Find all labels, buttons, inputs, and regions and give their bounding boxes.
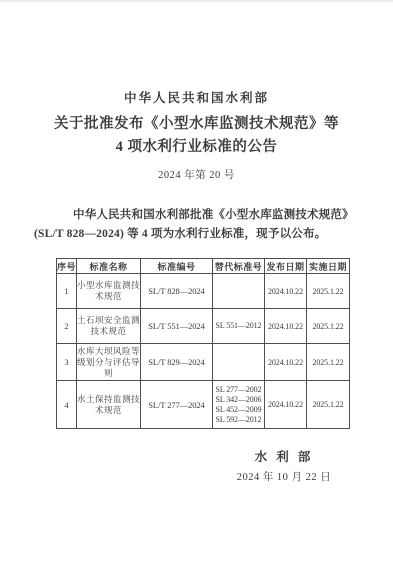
title-line-2: 4 项水利行业标准的公告 (0, 136, 393, 159)
issuing-agency: 中华人民共和国水利部 (0, 88, 393, 106)
body-line-1: 中华人民共和国水利部批准《小型水库监测技术规范》 (34, 206, 360, 225)
cell-name: 小型水库监测技术规范 (77, 274, 141, 309)
cell-publish-date: 2024.10.22 (265, 309, 307, 344)
document-page: 中华人民共和国水利部 关于批准发布《小型水库监测技术规范》等 4 项水利行业标准… (0, 0, 393, 572)
cell-name: 土石坝安全监测技术规范 (77, 309, 141, 344)
cell-publish-date: 2024.10.22 (265, 344, 307, 381)
cell-implement-date: 2025.1.22 (307, 381, 350, 429)
replaced-standard: SL 452—2009 (213, 405, 264, 415)
replaced-standard: SL 592—2012 (213, 415, 264, 425)
col-header-implement-date: 实施日期 (307, 259, 350, 274)
cell-replaces: SL 277—2002SL 342—2006SL 452—2009SL 592—… (213, 381, 265, 429)
replaced-standard: SL 277—2002 (213, 385, 264, 395)
table-row: 4水土保持监测技术规范SL/T 277—2024SL 277—2002SL 34… (57, 381, 350, 429)
body-line-2: (SL/T 828—2024) 等 4 项为水利行业标准，现予以公布。 (34, 225, 360, 244)
cell-implement-date: 2025.1.22 (307, 344, 350, 381)
cell-code: SL/T 551—2024 (141, 309, 213, 344)
cell-publish-date: 2024.10.22 (265, 381, 307, 429)
table-row: 1小型水库监测技术规范SL/T 828—20242024.10.222025.1… (57, 274, 350, 309)
cell-replaces: SL 551—2012 (213, 309, 265, 344)
cell-code: SL/T 277—2024 (141, 381, 213, 429)
cell-seq: 3 (57, 344, 77, 381)
table-header-row: 序号 标准名称 标准编号 替代标准号 发布日期 实施日期 (57, 259, 350, 274)
cell-name: 水土保持监测技术规范 (77, 381, 141, 429)
page-top-edge (0, 0, 393, 2)
col-header-code: 标准编号 (141, 259, 213, 274)
cell-name: 水库大坝风险等级划分与评估导则 (77, 344, 141, 381)
signature-agency: 水 利 部 (209, 447, 359, 465)
col-header-name: 标准名称 (77, 259, 141, 274)
doc-number: 2024 年第 20 号 (0, 167, 393, 182)
cell-code: SL/T 829—2024 (141, 344, 213, 381)
cell-replaces (213, 344, 265, 381)
cell-seq: 1 (57, 274, 77, 309)
table-row: 3水库大坝风险等级划分与评估导则SL/T 829—20242024.10.222… (57, 344, 350, 381)
cell-code: SL/T 828—2024 (141, 274, 213, 309)
replaced-standard: SL 342—2006 (213, 395, 264, 405)
standards-table: 序号 标准名称 标准编号 替代标准号 发布日期 实施日期 1小型水库监测技术规范… (56, 258, 350, 429)
cell-seq: 4 (57, 381, 77, 429)
cell-implement-date: 2025.1.22 (307, 309, 350, 344)
table-row: 2土石坝安全监测技术规范SL/T 551—2024SL 551—20122024… (57, 309, 350, 344)
col-header-publish-date: 发布日期 (265, 259, 307, 274)
issue-date: 2024 年 10 月 22 日 (209, 469, 359, 484)
standards-table-body: 1小型水库监测技术规范SL/T 828—20242024.10.222025.1… (57, 274, 350, 429)
cell-seq: 2 (57, 309, 77, 344)
cell-publish-date: 2024.10.22 (265, 274, 307, 309)
title-line-1: 关于批准发布《小型水库监测技术规范》等 (0, 113, 393, 136)
col-header-replaces: 替代标准号 (213, 259, 265, 274)
body-paragraph: 中华人民共和国水利部批准《小型水库监测技术规范》 (SL/T 828—2024)… (34, 206, 360, 243)
announcement-title: 关于批准发布《小型水库监测技术规范》等 4 项水利行业标准的公告 (0, 113, 393, 159)
cell-implement-date: 2025.1.22 (307, 274, 350, 309)
cell-replaces (213, 274, 265, 309)
replaced-standard: SL 551—2012 (213, 321, 264, 331)
col-header-seq: 序号 (57, 259, 77, 274)
